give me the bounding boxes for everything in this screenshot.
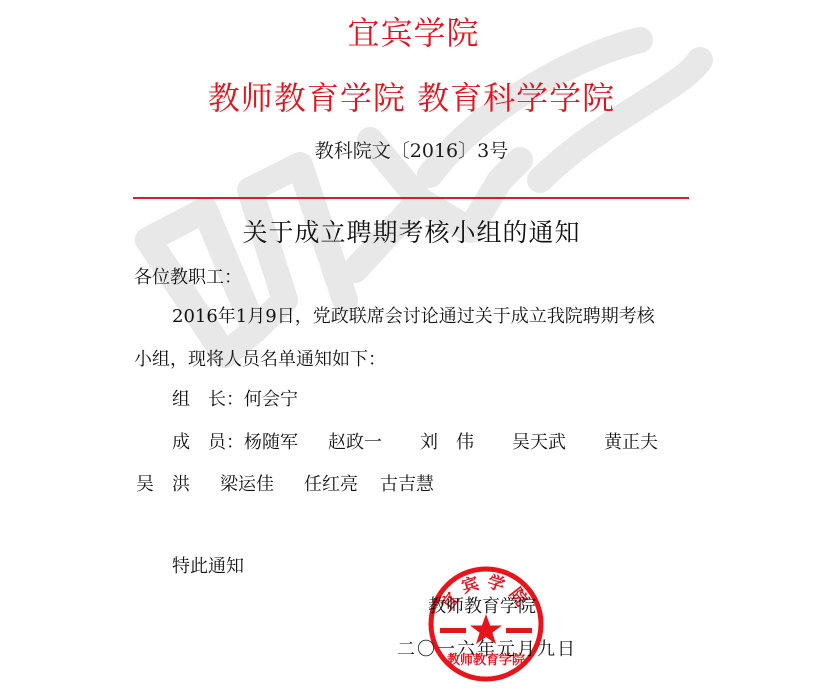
notice-title: 关于成立聘期考核小组的通知 — [0, 213, 823, 249]
issuing-colleges: 教师教育学院 教育科学学院 — [0, 73, 823, 119]
members-label: 成 员： — [172, 428, 244, 454]
group-leader: 组 长：何会宁 — [172, 385, 298, 411]
paragraph-line-2: 小组，现将人员名单通知如下： — [134, 345, 386, 371]
member-name: 任红亮 — [304, 470, 358, 496]
member-name: 杨随军 — [244, 428, 298, 454]
member-name: 吴 洪 — [136, 470, 190, 496]
salutation: 各位教职工： — [134, 263, 242, 289]
member-name: 赵政一 — [328, 428, 382, 454]
institution-name: 宜宾学院 — [0, 8, 823, 54]
members-row-2: 吴 洪梁运佳任红亮古吉慧 — [136, 470, 434, 496]
signing-date: 二〇一六年元月九日 — [397, 635, 577, 661]
red-divider — [133, 197, 689, 199]
member-name: 古吉慧 — [380, 470, 434, 496]
signing-organization: 教师教育学院 — [428, 592, 536, 618]
document-number: 教科院文〔2016〕3号 — [0, 136, 823, 163]
paragraph-line-1: 2016年1月9日，党政联席会讨论通过关于成立我院聘期考核 — [172, 302, 655, 328]
member-name: 黄正夫 — [604, 428, 658, 454]
members-row-1: 成 员：杨随军赵政一刘 伟吴天武黄正夫 — [172, 428, 658, 454]
leader-name: 何会宁 — [244, 389, 298, 410]
member-name: 梁运佳 — [220, 470, 274, 496]
member-name: 刘 伟 — [420, 428, 474, 454]
closing-remark: 特此通知 — [172, 552, 244, 578]
leader-label: 组 长： — [172, 389, 244, 410]
official-seal: 宜宾学院 教师教育学院 — [426, 564, 546, 684]
member-name: 吴天武 — [512, 428, 566, 454]
